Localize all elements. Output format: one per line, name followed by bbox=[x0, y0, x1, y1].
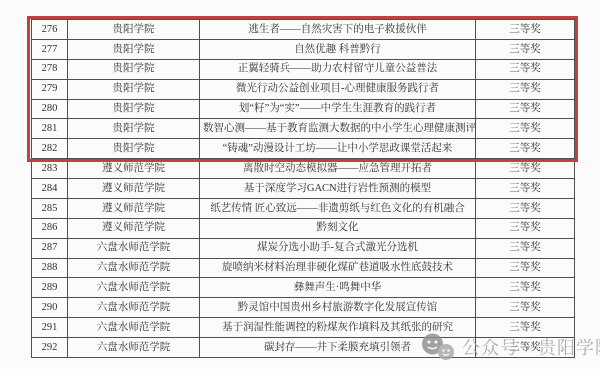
project-cell: 煤炭分选小助手-复合式激光分选机 bbox=[200, 238, 476, 258]
row-number-cell: 281 bbox=[32, 119, 68, 139]
row-number-cell: 282 bbox=[32, 139, 68, 159]
project-cell: 划“籽”为“实”——中学生生涯教育的践行者 bbox=[200, 99, 476, 119]
table-row: 282贵阳学院“铸魂”动漫设计工坊——让中小学思政课堂活起来三等奖 bbox=[32, 139, 575, 159]
row-number-cell: 291 bbox=[32, 318, 68, 338]
institution-cell: 遵义师范学院 bbox=[68, 159, 200, 179]
table-row: 291六盘水师范学院基于润湿性能调控的粉煤灰作填料及其纸张的研究三等奖 bbox=[32, 318, 575, 338]
project-cell: 黔刻文化 bbox=[200, 218, 476, 238]
table-row: 292六盘水师范学院碳封存——井下柔膜充填引领者三等奖 bbox=[32, 338, 575, 358]
award-cell: 三等奖 bbox=[476, 318, 575, 338]
project-cell: 黔灵馆中国贵州乡村旅游数字化发展宣传馆 bbox=[200, 298, 476, 318]
project-cell: 纸艺传情 匠心致远——非遗剪纸与红色文化的有机融合 bbox=[200, 198, 476, 218]
table-row: 284遵义师范学院基于深度学习GACN进行岩性预测的模型三等奖 bbox=[32, 179, 575, 199]
project-cell: 微光行动公益创业项目-心理健康服务践行者 bbox=[200, 79, 476, 99]
table-row: 279贵阳学院微光行动公益创业项目-心理健康服务践行者三等奖 bbox=[32, 79, 575, 99]
award-cell: 三等奖 bbox=[476, 79, 575, 99]
table-row: 277贵阳学院自然优趣 科普黔行三等奖 bbox=[32, 39, 575, 59]
institution-cell: 遵义师范学院 bbox=[68, 218, 200, 238]
institution-cell: 贵阳学院 bbox=[68, 39, 200, 59]
institution-cell: 遵义师范学院 bbox=[68, 198, 200, 218]
institution-cell: 贵阳学院 bbox=[68, 119, 200, 139]
institution-cell: 六盘水师范学院 bbox=[68, 318, 200, 338]
project-cell: 数智心测——基于教育监测大数据的中小学生心理健康测评方案 bbox=[200, 119, 476, 139]
row-number-cell: 288 bbox=[32, 258, 68, 278]
institution-cell: 六盘水师范学院 bbox=[68, 278, 200, 298]
row-number-cell: 290 bbox=[32, 298, 68, 318]
award-cell: 三等奖 bbox=[476, 20, 575, 40]
row-number-cell: 286 bbox=[32, 218, 68, 238]
award-cell: 三等奖 bbox=[476, 198, 575, 218]
row-number-cell: 280 bbox=[32, 99, 68, 119]
award-cell: 三等奖 bbox=[476, 258, 575, 278]
institution-cell: 六盘水师范学院 bbox=[68, 338, 200, 358]
table-row: 276贵阳学院逃生者——自然灾害下的电子救援伙伴三等奖 bbox=[32, 20, 575, 40]
award-cell: 三等奖 bbox=[476, 338, 575, 358]
row-number-cell: 289 bbox=[32, 278, 68, 298]
table-row: 290六盘水师范学院黔灵馆中国贵州乡村旅游数字化发展宣传馆三等奖 bbox=[32, 298, 575, 318]
project-cell: 基于深度学习GACN进行岩性预测的模型 bbox=[200, 179, 476, 199]
award-cell: 三等奖 bbox=[476, 179, 575, 199]
table-row: 281贵阳学院数智心测——基于教育监测大数据的中小学生心理健康测评方案三等奖 bbox=[32, 119, 575, 139]
row-number-cell: 278 bbox=[32, 59, 68, 79]
table-row: 288六盘水师范学院旋喷纳米材料治理非硬化煤矿巷道吸水性底鼓技术三等奖 bbox=[32, 258, 575, 278]
project-cell: 彝舞声生·鸣舞中华 bbox=[200, 278, 476, 298]
project-cell: 碳封存——井下柔膜充填引领者 bbox=[200, 338, 476, 358]
award-cell: 三等奖 bbox=[476, 39, 575, 59]
table-row: 285遵义师范学院纸艺传情 匠心致远——非遗剪纸与红色文化的有机融合三等奖 bbox=[32, 198, 575, 218]
page: 276贵阳学院逃生者——自然灾害下的电子救援伙伴三等奖277贵阳学院自然优趣 科… bbox=[0, 0, 600, 369]
table-row: 280贵阳学院划“籽”为“实”——中学生生涯教育的践行者三等奖 bbox=[32, 99, 575, 119]
institution-cell: 遵义师范学院 bbox=[68, 179, 200, 199]
row-number-cell: 287 bbox=[32, 238, 68, 258]
institution-cell: 贵阳学院 bbox=[68, 59, 200, 79]
award-cell: 三等奖 bbox=[476, 119, 575, 139]
row-number-cell: 292 bbox=[32, 338, 68, 358]
institution-cell: 六盘水师范学院 bbox=[68, 298, 200, 318]
row-number-cell: 283 bbox=[32, 159, 68, 179]
row-number-cell: 285 bbox=[32, 198, 68, 218]
table-row: 278贵阳学院正翼轻骑兵——助力农村留守儿童公益普法三等奖 bbox=[32, 59, 575, 79]
row-number-cell: 276 bbox=[32, 20, 68, 40]
institution-cell: 贵阳学院 bbox=[68, 79, 200, 99]
award-cell: 三等奖 bbox=[476, 159, 575, 179]
project-cell: 基于润湿性能调控的粉煤灰作填料及其纸张的研究 bbox=[200, 318, 476, 338]
project-cell: 正翼轻骑兵——助力农村留守儿童公益普法 bbox=[200, 59, 476, 79]
award-cell: 三等奖 bbox=[476, 278, 575, 298]
project-cell: “铸魂”动漫设计工坊——让中小学思政课堂活起来 bbox=[200, 139, 476, 159]
table-row: 289六盘水师范学院彝舞声生·鸣舞中华三等奖 bbox=[32, 278, 575, 298]
table-row: 287六盘水师范学院煤炭分选小助手-复合式激光分选机三等奖 bbox=[32, 238, 575, 258]
table-row: 286遵义师范学院黔刻文化三等奖 bbox=[32, 218, 575, 238]
award-cell: 三等奖 bbox=[476, 139, 575, 159]
institution-cell: 贵阳学院 bbox=[68, 139, 200, 159]
award-cell: 三等奖 bbox=[476, 59, 575, 79]
institution-cell: 六盘水师范学院 bbox=[68, 238, 200, 258]
project-cell: 旋喷纳米材料治理非硬化煤矿巷道吸水性底鼓技术 bbox=[200, 258, 476, 278]
institution-cell: 六盘水师范学院 bbox=[68, 258, 200, 278]
award-cell: 三等奖 bbox=[476, 99, 575, 119]
award-cell: 三等奖 bbox=[476, 218, 575, 238]
award-cell: 三等奖 bbox=[476, 298, 575, 318]
row-number-cell: 277 bbox=[32, 39, 68, 59]
project-cell: 自然优趣 科普黔行 bbox=[200, 39, 476, 59]
institution-cell: 贵阳学院 bbox=[68, 20, 200, 40]
award-cell: 三等奖 bbox=[476, 238, 575, 258]
awards-table-body: 276贵阳学院逃生者——自然灾害下的电子救援伙伴三等奖277贵阳学院自然优趣 科… bbox=[32, 20, 575, 358]
table-row: 283遵义师范学院离散时空动态模拟器——应急管理开拓者三等奖 bbox=[32, 159, 575, 179]
project-cell: 逃生者——自然灾害下的电子救援伙伴 bbox=[200, 20, 476, 40]
row-number-cell: 284 bbox=[32, 179, 68, 199]
project-cell: 离散时空动态模拟器——应急管理开拓者 bbox=[200, 159, 476, 179]
awards-table: 276贵阳学院逃生者——自然灾害下的电子救援伙伴三等奖277贵阳学院自然优趣 科… bbox=[31, 19, 575, 358]
row-number-cell: 279 bbox=[32, 79, 68, 99]
institution-cell: 贵阳学院 bbox=[68, 99, 200, 119]
